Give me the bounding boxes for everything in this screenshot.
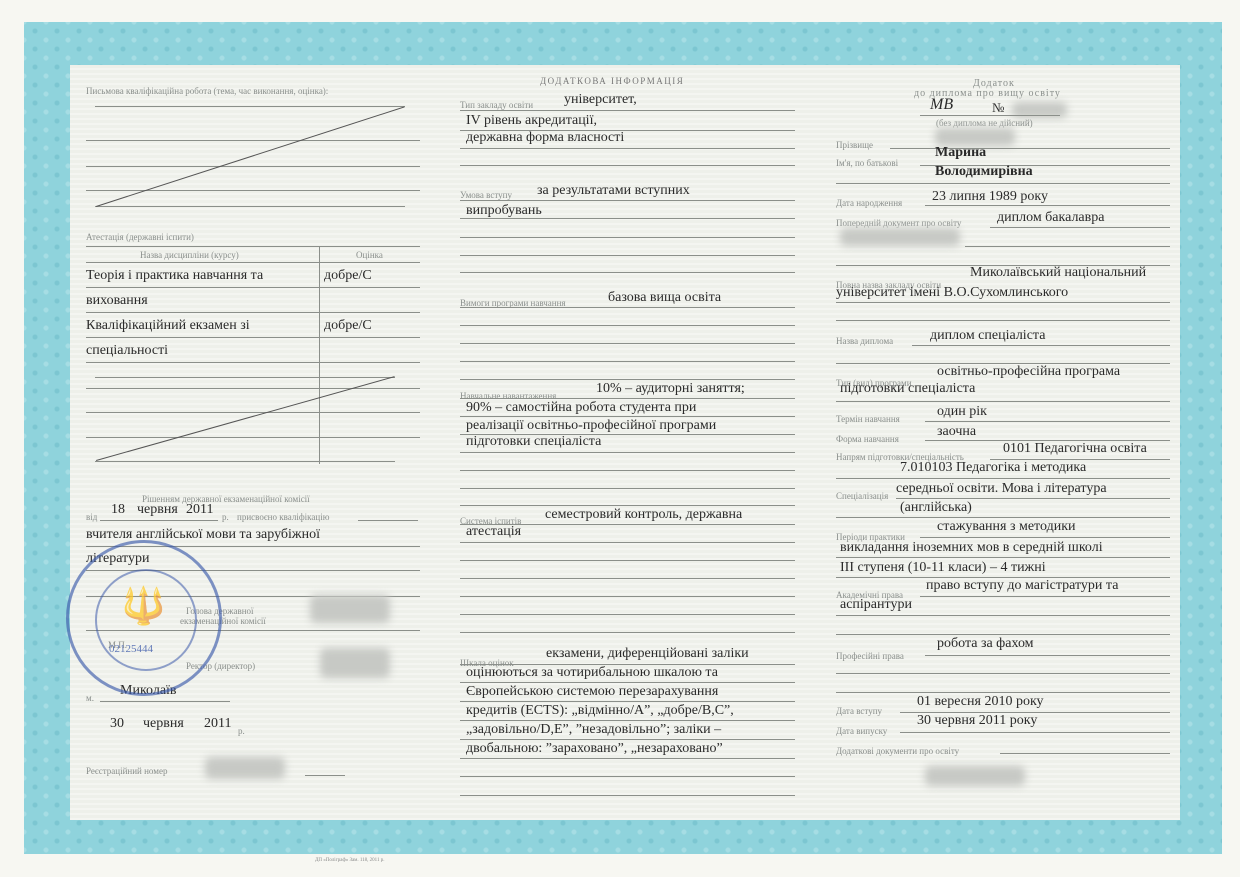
from-label: від: [86, 512, 97, 522]
specialization-line: (англійська): [900, 500, 972, 516]
rule: [836, 615, 1170, 616]
direction-line: 0101 Педагогічна освіта: [1003, 441, 1147, 457]
grading-scale-line: кредитів (ECTS): „відмінно/А”, „добре/В,…: [466, 703, 734, 719]
institution-type-label: Тип закладу освіти: [460, 100, 533, 110]
print-info: ДП «Поліграф» Зам. 118, 2011 р.: [315, 858, 384, 863]
institution-type-line: університет,: [564, 92, 637, 108]
rule: [925, 205, 1170, 206]
rule: [836, 692, 1170, 693]
rule: [460, 488, 795, 489]
rule: [460, 560, 795, 561]
grade-value: добре/С: [324, 268, 372, 284]
invalid-note: (без диплома не дійсний): [936, 118, 1033, 128]
institution-line: університет імені В.О.Сухомлинського: [836, 285, 1068, 301]
study-form: заочна: [937, 424, 976, 440]
discipline-name: Теорія і практика навчання та: [86, 268, 263, 284]
birth-date: 23 липня 1989 року: [932, 189, 1048, 205]
rule: [460, 739, 795, 740]
discipline-header: Назва дисципліни (курсу): [140, 250, 239, 260]
specialization-label: Спеціалізація: [836, 491, 888, 501]
rule: [86, 388, 420, 389]
rule: [100, 701, 230, 702]
professional-rights: робота за фахом: [937, 636, 1034, 652]
grading-scale-line: „задовільно/D,E”, ”незадовільно”; заліки…: [466, 722, 721, 738]
decision-day: 18: [111, 502, 125, 518]
rule: [912, 345, 1170, 346]
rule: [460, 795, 795, 796]
prev-doc: диплом бакалавра: [997, 210, 1104, 226]
grade-value: добре/С: [324, 318, 372, 334]
rule: [890, 148, 1170, 149]
issue-day: 30: [110, 716, 124, 732]
admission-label: Умова вступу: [460, 190, 512, 200]
duration: один рік: [937, 404, 987, 420]
rule: [86, 246, 420, 247]
rule: [836, 517, 1170, 518]
workload-line: реалізації освітньо-професійної програми: [466, 418, 716, 434]
rule: [836, 634, 1170, 635]
workload-line: підготовки спеціаліста: [466, 434, 601, 450]
duration-label: Термін навчання: [836, 414, 900, 424]
rule: [460, 272, 795, 273]
rule: [460, 596, 795, 597]
rule: [460, 542, 795, 543]
official-seal: 🔱 02125444: [66, 540, 222, 696]
rule: [460, 416, 795, 417]
direction-line: 7.010103 Педагогіка і методика: [900, 460, 1086, 476]
admission-line: за результатами вступних: [537, 183, 690, 199]
trident-icon: 🔱: [121, 585, 166, 627]
additional-docs-label: Додаткові документи про освіту: [836, 746, 959, 756]
rule: [460, 379, 795, 380]
rule: [920, 115, 1060, 116]
rule: [460, 758, 795, 759]
number-sign: №: [992, 100, 1004, 116]
rule: [836, 183, 1170, 184]
grading-scale-line: Європейською системою перезарахування: [466, 684, 718, 700]
issue-year: 2011: [204, 716, 231, 732]
rule: [460, 325, 795, 326]
exam-system-line: атестація: [466, 524, 521, 540]
qualification-line-1: вчителя англійської мови та зарубіжної: [86, 527, 320, 543]
rule: [86, 437, 420, 438]
practice-line: ІІІ ступеня (10-11 класи) – 4 тижні: [840, 560, 1046, 576]
practice-line: стажування з методики: [937, 519, 1076, 535]
rule: [305, 775, 345, 776]
rule: [460, 200, 795, 201]
rule: [460, 307, 795, 308]
rule: [460, 614, 795, 615]
patronymic: Володимирівна: [935, 164, 1033, 180]
table-divider: [319, 246, 320, 464]
rule: [460, 505, 795, 506]
year-suffix: р.: [238, 726, 245, 736]
diploma-series: МВ: [930, 96, 953, 114]
diploma-name-label: Назва диплома: [836, 336, 893, 346]
entry-date-label: Дата вступу: [836, 706, 882, 716]
rule: [925, 655, 1170, 656]
entry-date: 01 вересня 2010 року: [917, 694, 1044, 710]
rule: [836, 673, 1170, 674]
rule: [86, 262, 420, 263]
rule: [460, 148, 795, 149]
rule: [836, 401, 1170, 402]
rule: [920, 596, 1170, 597]
rule: [86, 312, 420, 313]
additional-info-header: ДОДАТКОВА ІНФОРМАЦІЯ: [540, 76, 684, 86]
rule: [460, 361, 795, 362]
academic-rights-line: право вступу до магістратури та: [926, 578, 1118, 594]
rule: [900, 732, 1170, 733]
name-label: Ім'я, по батькові: [836, 158, 898, 168]
institution-line: Миколаївський національний: [970, 265, 1146, 281]
first-name: Марина: [935, 145, 986, 161]
rule: [86, 362, 420, 363]
rule: [1000, 753, 1170, 754]
rule: [460, 682, 795, 683]
rule: [836, 302, 1170, 303]
reg-number-label: Реєстраційний номер: [86, 766, 167, 776]
rule: [95, 106, 405, 107]
diploma-name: диплом спеціаліста: [930, 328, 1045, 344]
discipline-name: Кваліфікаційний екзамен зі: [86, 318, 250, 334]
rule: [460, 776, 795, 777]
rule: [925, 421, 1170, 422]
rule: [965, 246, 1170, 247]
rule: [86, 412, 420, 413]
rule: [95, 461, 395, 462]
professional-rights-label: Професійні права: [836, 651, 904, 661]
rule: [86, 190, 420, 191]
rule: [86, 337, 420, 338]
birth-label: Дата народження: [836, 198, 902, 208]
admission-line: випробувань: [466, 203, 542, 219]
rule: [460, 470, 795, 471]
rule: [460, 343, 795, 344]
grade-header: Оцінка: [356, 250, 383, 260]
rule: [460, 632, 795, 633]
academic-rights-line: аспірантури: [840, 597, 912, 613]
redacted-surname: [935, 128, 1015, 146]
rule: [460, 578, 795, 579]
rule: [896, 498, 1170, 499]
rule: [460, 452, 795, 453]
grading-scale-line: двобальною: ”зараховано”, „незараховано”: [466, 741, 723, 757]
redacted-signature: [320, 648, 390, 678]
seal-number: 02125444: [109, 643, 153, 655]
redacted-additional-docs: [925, 766, 1025, 786]
program-type-line: освітньо-професійна програма: [937, 364, 1120, 380]
rule: [460, 218, 795, 219]
rule: [460, 720, 795, 721]
rule: [358, 520, 418, 521]
grading-scale-line: екзамени, диференційовані заліки: [546, 646, 749, 662]
rule: [95, 206, 405, 207]
discipline-name-cont: виховання: [86, 293, 148, 309]
workload-line: 10% – аудиторні заняття;: [596, 381, 745, 397]
rule: [836, 478, 1170, 479]
redacted-reg-number: [205, 757, 285, 779]
rule: [86, 166, 420, 167]
institution-type-line: IV рівень акредитації,: [466, 113, 597, 129]
rule: [460, 237, 795, 238]
city-prefix: м.: [86, 693, 94, 703]
rule: [86, 140, 420, 141]
exam-system-line: семестровий контроль, державна: [545, 507, 742, 523]
issue-month: червня: [143, 716, 184, 732]
graduation-date: 30 червня 2011 року: [917, 713, 1037, 729]
rule: [460, 255, 795, 256]
specialization-line: середньої освіти. Мова і література: [896, 481, 1107, 497]
prev-doc-label: Попередній документ про освіту: [836, 218, 961, 228]
rule: [86, 287, 420, 288]
decision-month: червня: [137, 502, 178, 518]
rule: [920, 537, 1170, 538]
redacted-prev-doc-number: [840, 228, 960, 246]
graduation-date-label: Дата випуску: [836, 726, 887, 736]
rule: [990, 227, 1170, 228]
discipline-name-cont: спеціальності: [86, 343, 168, 359]
practice-line: викладання іноземних мов в середній школ…: [840, 540, 1103, 556]
institution-type-line: державна форма власності: [466, 130, 624, 146]
rule: [100, 520, 218, 521]
rule: [460, 701, 795, 702]
grading-scale-line: оцінюються за чотирибальною шкалою та: [466, 665, 718, 681]
decision-year: 2011: [186, 502, 213, 518]
program-type-line: підготовки спеціаліста: [840, 381, 975, 397]
written-work-label: Письмова кваліфікаційна робота (тема, ча…: [86, 86, 328, 96]
redacted-signature: [310, 595, 390, 623]
program-requirements: базова вища освіта: [608, 290, 721, 306]
rule: [460, 165, 795, 166]
attestation-label: Атестація (державні іспити): [86, 232, 194, 242]
rule: [836, 320, 1170, 321]
rule: [836, 557, 1170, 558]
year-suffix: р.: [222, 512, 229, 522]
rule: [95, 377, 395, 378]
rule: [460, 398, 795, 399]
study-form-label: Форма навчання: [836, 434, 899, 444]
rule: [460, 110, 795, 111]
surname-label: Прізвище: [836, 140, 873, 150]
qualification-label: присвоєно кваліфікацію: [237, 512, 329, 522]
workload-line: 90% – самостійна робота студента при: [466, 400, 696, 416]
